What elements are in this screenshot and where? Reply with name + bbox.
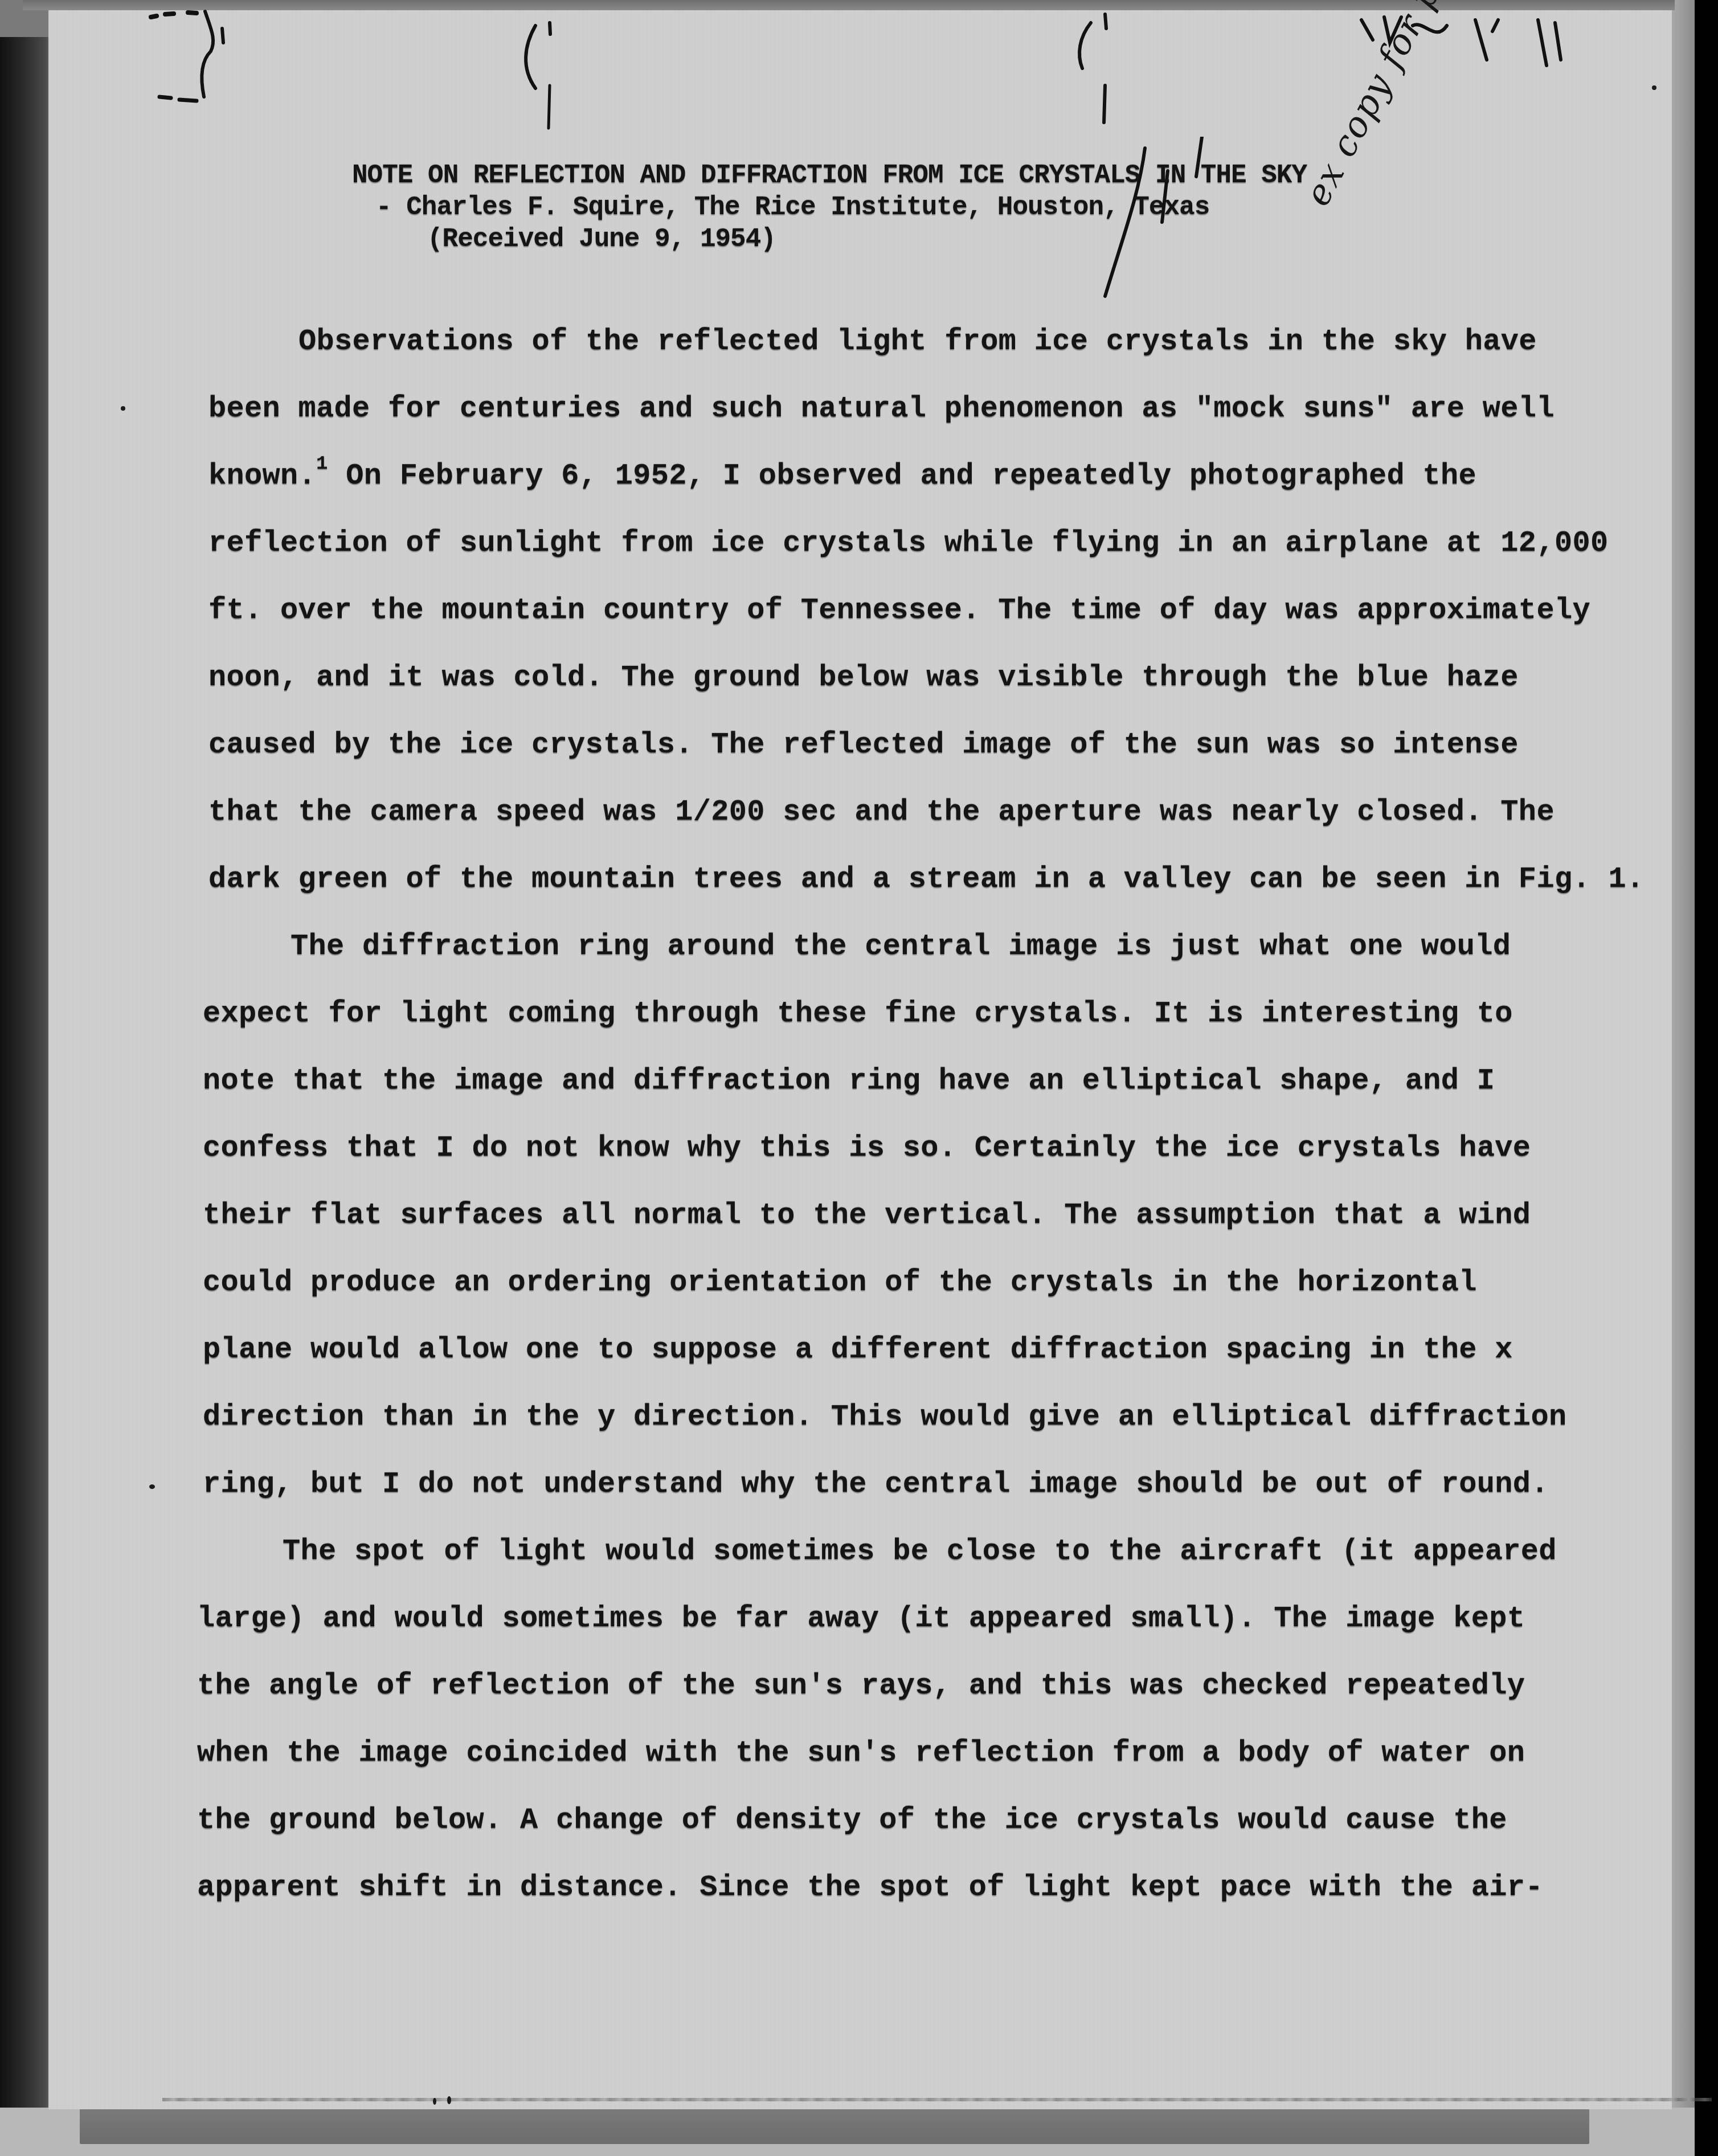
scanner-frame-right-fade bbox=[1672, 0, 1695, 2156]
text-line: ring, but I do not understand why the ce… bbox=[203, 1467, 1549, 1501]
scan-speck bbox=[1652, 85, 1656, 90]
text-line: known.1 On February 6, 1952, I observed … bbox=[208, 459, 1476, 493]
text-line: The spot of light would sometimes be clo… bbox=[283, 1535, 1557, 1568]
handwritten-top-right-scrawl bbox=[1350, 9, 1606, 88]
text-line-segment: On February 6, 1952, I observed and repe… bbox=[328, 459, 1476, 493]
footnote-marker: 1 bbox=[316, 453, 328, 475]
text-line: that the camera speed was 1/200 sec and … bbox=[208, 795, 1555, 829]
text-line: plane would allow one to suppose a diffe… bbox=[203, 1333, 1513, 1367]
scan-speck bbox=[149, 1484, 155, 1489]
scanner-frame-left bbox=[0, 0, 51, 2156]
text-line: their flat surfaces all normal to the ve… bbox=[203, 1198, 1531, 1232]
bracket-mark-left bbox=[103, 6, 245, 120]
document-received-date: (Received June 9, 1954) bbox=[427, 224, 776, 254]
text-line: noon, and it was cold. The ground below … bbox=[208, 661, 1519, 694]
scan-speck bbox=[433, 2098, 436, 2105]
text-line: dark green of the mountain trees and a s… bbox=[208, 862, 1644, 896]
scan-speck bbox=[447, 2096, 451, 2104]
document-title: NOTE ON REFLECTION AND DIFFRACTION FROM … bbox=[352, 161, 1307, 190]
text-line: direction than in the y direction. This … bbox=[203, 1400, 1566, 1434]
text-line: The diffraction ring around the central … bbox=[291, 930, 1511, 963]
document-byline: - Charles F. Squire, The Rice Institute,… bbox=[376, 193, 1209, 222]
text-line: note that the image and diffraction ring… bbox=[203, 1064, 1495, 1098]
text-line-segment: known. bbox=[208, 459, 316, 493]
paren-mark-top-center-right bbox=[1065, 11, 1134, 125]
text-line: expect for light coming through these fi… bbox=[203, 997, 1513, 1030]
text-line: Observations of the reflected light from… bbox=[298, 325, 1537, 358]
page-bottom-edge-line bbox=[162, 2098, 1712, 2101]
text-line: been made for centuries and such natural… bbox=[208, 392, 1555, 426]
text-line: apparent shift in distance. Since the sp… bbox=[197, 1871, 1543, 1904]
text-line: caused by the ice crystals. The reflecte… bbox=[208, 728, 1519, 762]
scan-speck bbox=[121, 406, 125, 411]
text-line: reflection of sunlight from ice crystals… bbox=[208, 526, 1608, 560]
text-line: confess that I do not know why this is s… bbox=[203, 1131, 1531, 1165]
text-line: when the image coincided with the sun's … bbox=[197, 1736, 1525, 1770]
text-line: large) and would sometimes be far away (… bbox=[197, 1602, 1525, 1635]
text-line: the ground below. A change of density of… bbox=[197, 1803, 1507, 1837]
paren-mark-top-center-left bbox=[513, 17, 558, 131]
text-line: ft. over the mountain country of Tenness… bbox=[208, 594, 1590, 627]
scanner-frame-bottom-band bbox=[80, 2109, 1589, 2144]
text-line: the angle of reflection of the sun's ray… bbox=[197, 1669, 1525, 1703]
text-line: could produce an ordering orientation of… bbox=[203, 1266, 1477, 1299]
